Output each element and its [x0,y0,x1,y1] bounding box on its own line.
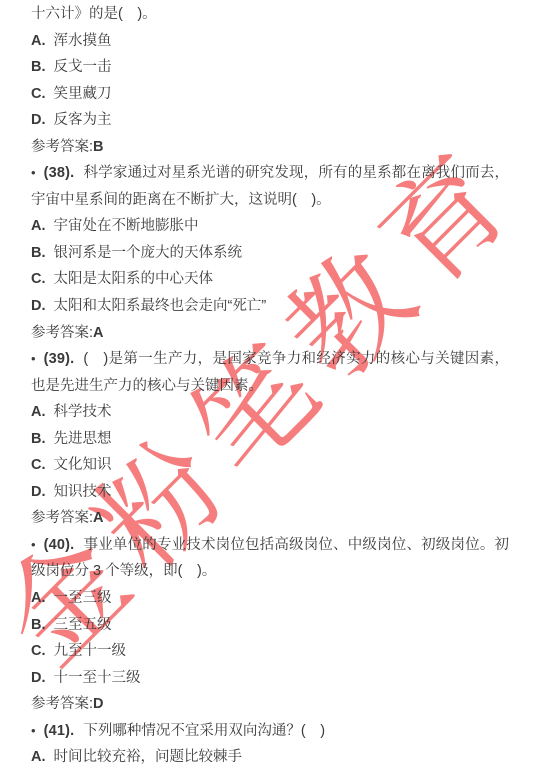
answer-label: 参考答案: [31,696,93,712]
option-text: 文化知识 [54,457,112,473]
question-text-body: 科学家通过对星系光谱的研究发现，所有的星系都在离我们而去，宇宙中星系间的距离在不… [31,165,509,208]
option-letter: D. [31,298,46,314]
option-row: B.银河系是一个庞大的天体系统 [31,240,509,267]
question-block-partial: 十六计》的是( )。 A.浑水摸鱼 B.反戈一击 C.笑里藏刀 D.反客为主 参… [31,1,509,160]
question-number: (38). [44,165,75,181]
answer-row: 参考答案:D [31,691,509,718]
option-text: 知识技术 [54,484,112,500]
option-letter: D. [31,670,46,686]
answer-row: 参考答案:A [31,320,509,347]
question-text: 十六计》的是( )。 [31,1,509,28]
option-row: D.十一至十三级 [31,665,509,692]
option-row: B.反戈一击 [31,54,509,81]
option-text: 笑里藏刀 [54,86,112,102]
option-letter: C. [31,86,46,102]
bullet-icon: • [31,718,36,745]
option-letter: A. [31,218,46,234]
question-number: (39). [44,351,75,367]
option-row: B.三至五级 [31,612,509,639]
question-text: •(40).事业单位的专业技术岗位包括高级岗位、中级岗位、初级岗位。初级岗位分 … [31,532,509,585]
answer-label: 参考答案: [31,325,93,341]
option-text: 银河系是一个庞大的天体系统 [54,245,243,261]
option-text: 反戈一击 [54,59,112,75]
question-block-41: •(41).下列哪种情况不宜采用双向沟通？( ) A.时间比较充裕，问题比较棘手 [31,718,509,770]
answer-value: D [93,696,103,712]
option-letter: D. [31,112,46,128]
question-block-40: •(40).事业单位的专业技术岗位包括高级岗位、中级岗位、初级岗位。初级岗位分 … [31,532,509,718]
option-text: 先进思想 [54,431,112,447]
option-letter: A. [31,749,46,765]
option-text: 太阳和太阳系最终也会走向“死亡” [54,298,267,314]
question-block-38: •(38).科学家通过对星系光谱的研究发现，所有的星系都在离我们而去，宇宙中星系… [31,160,509,346]
question-number: (41). [44,723,75,739]
option-row: C.笑里藏刀 [31,81,509,108]
option-text: 九至十一级 [54,643,127,659]
option-text: 一至三级 [54,590,112,606]
option-text: 时间比较充裕，问题比较棘手 [54,749,243,765]
bullet-icon: • [31,346,36,373]
option-row: A.一至三级 [31,585,509,612]
option-letter: A. [31,590,46,606]
option-row: A.宇宙处在不断地膨胀中 [31,213,509,240]
option-letter: B. [31,617,46,633]
option-text: 太阳是太阳系的中心天体 [54,271,214,287]
bullet-icon: • [31,532,36,559]
option-text: 反客为主 [54,112,112,128]
question-text: •(41).下列哪种情况不宜采用双向沟通？( ) [31,718,509,745]
option-text: 宇宙处在不断地膨胀中 [54,218,199,234]
option-letter: D. [31,484,46,500]
option-letter: B. [31,59,46,75]
question-number: (40). [44,537,75,553]
bullet-icon: • [31,160,36,187]
option-text: 三至五级 [54,617,112,633]
question-text-body: ( )是第一生产力，是国家竞争力和经济实力的核心与关键因素，也是先进生产力的核心… [31,351,509,394]
option-row: C.文化知识 [31,452,509,479]
option-text: 科学技术 [54,404,112,420]
question-text-body: 下列哪种情况不宜采用双向沟通？( ) [83,723,325,739]
option-letter: C. [31,271,46,287]
option-row: D.反客为主 [31,107,509,134]
option-row: B.先进思想 [31,426,509,453]
question-block-39: •(39).( )是第一生产力，是国家竞争力和经济实力的核心与关键因素，也是先进… [31,346,509,532]
option-text: 浑水摸鱼 [54,33,112,49]
document-content: 十六计》的是( )。 A.浑水摸鱼 B.反戈一击 C.笑里藏刀 D.反客为主 参… [0,0,557,770]
answer-row: 参考答案:A [31,505,509,532]
option-row: A.科学技术 [31,399,509,426]
option-row: C.太阳是太阳系的中心天体 [31,266,509,293]
answer-label: 参考答案: [31,139,93,155]
answer-value: A [93,325,103,341]
option-row: C.九至十一级 [31,638,509,665]
option-letter: B. [31,431,46,447]
question-text-body: 事业单位的专业技术岗位包括高级岗位、中级岗位、初级岗位。初级岗位分 3 个等级，… [31,537,509,580]
option-letter: A. [31,33,46,49]
option-row: D.知识技术 [31,479,509,506]
answer-row: 参考答案:B [31,134,509,161]
answer-value: A [93,510,103,526]
option-row: D.太阳和太阳系最终也会走向“死亡” [31,293,509,320]
answer-value: B [93,139,103,155]
option-letter: B. [31,245,46,261]
document-page: 金粉笔教育 十六计》的是( )。 A.浑水摸鱼 B.反戈一击 C.笑里藏刀 D.… [0,0,557,770]
question-text: •(39).( )是第一生产力，是国家竞争力和经济实力的核心与关键因素，也是先进… [31,346,509,399]
question-text: •(38).科学家通过对星系光谱的研究发现，所有的星系都在离我们而去，宇宙中星系… [31,160,509,213]
option-row: A.时间比较充裕，问题比较棘手 [31,744,509,770]
option-text: 十一至十三级 [54,670,141,686]
option-letter: A. [31,404,46,420]
option-letter: C. [31,457,46,473]
option-letter: C. [31,643,46,659]
answer-label: 参考答案: [31,510,93,526]
option-row: A.浑水摸鱼 [31,28,509,55]
